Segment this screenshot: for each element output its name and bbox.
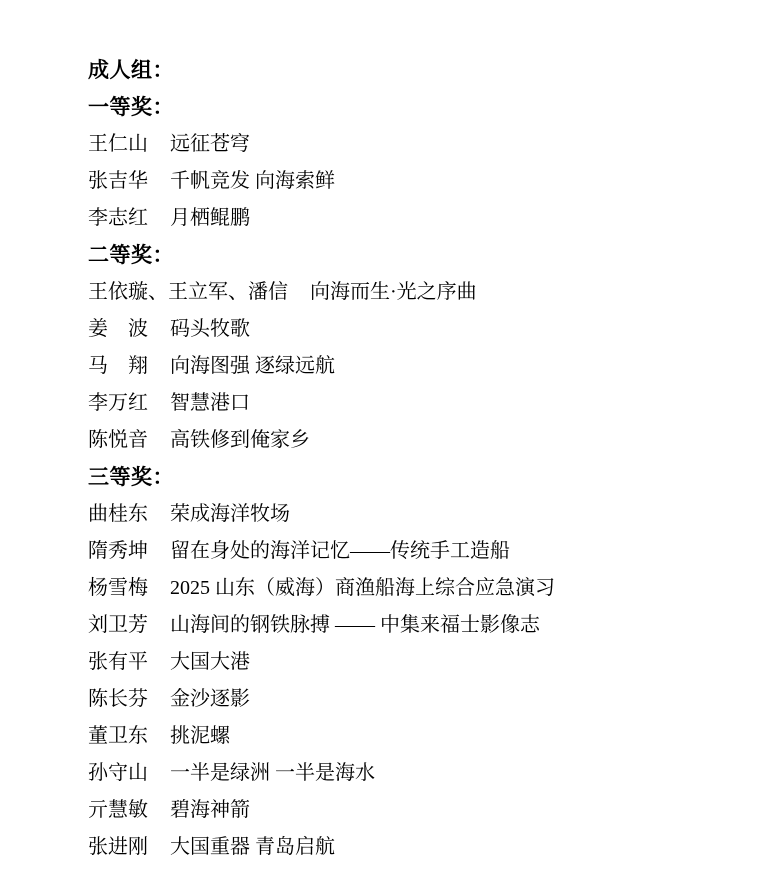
entry-name: 张有平: [88, 644, 148, 681]
entry-name: 王依璇、王立军、潘信: [88, 274, 288, 311]
entry-name: 曲桂东: [88, 496, 148, 533]
entry-row: 马 翔向海图强 逐绿远航: [88, 348, 725, 385]
entry-title: 荣成海洋牧场: [170, 496, 290, 533]
entry-title: 码头牧歌: [170, 311, 250, 348]
entry-row: 曲桂东荣成海洋牧场: [88, 496, 725, 533]
section-heading-second-prize: 二等奖：: [88, 237, 725, 274]
entry-title: 2025 山东（威海）商渔船海上综合应急演习: [170, 570, 555, 607]
entry-row: 张吉华千帆竞发 向海索鲜: [88, 163, 725, 200]
entry-row: 李万红智慧港口: [88, 385, 725, 422]
entry-title: 千帆竞发 向海索鲜: [170, 163, 335, 200]
entry-title: 月栖鲲鹏: [170, 200, 250, 237]
entry-title: 一半是绿洲 一半是海水: [170, 755, 375, 792]
entry-row: 张进刚大国重器 青岛启航: [88, 829, 725, 866]
entry-name: 张进刚: [88, 829, 148, 866]
group-header: 成人组：: [88, 52, 725, 89]
entry-title: 挑泥螺: [170, 718, 230, 755]
awards-document-page: 成人组： 一等奖： 王仁山远征苍穹 张吉华千帆竞发 向海索鲜 李志红月栖鲲鹏 二…: [0, 0, 765, 878]
entry-title: 远征苍穹: [170, 126, 250, 163]
entry-name: 李万红: [88, 385, 148, 422]
entry-row: 亓慧敏碧海神箭: [88, 792, 725, 829]
entry-name: 张吉华: [88, 163, 148, 200]
entry-name: 陈悦音: [88, 422, 148, 459]
entry-row: 刘卫芳山海间的钢铁脉搏 —— 中集来福士影像志: [88, 607, 725, 644]
entry-title: 大国大港: [170, 644, 250, 681]
entry-title: 向海图强 逐绿远航: [170, 348, 335, 385]
entry-name: 孙守山: [88, 755, 148, 792]
entry-name: 姜 波: [88, 311, 148, 348]
entry-name: 马 翔: [88, 348, 148, 385]
entry-title: 向海而生·光之序曲: [310, 274, 477, 311]
entry-row: 孙守山一半是绿洲 一半是海水: [88, 755, 725, 792]
entry-row: 李志红月栖鲲鹏: [88, 200, 725, 237]
entry-title: 高铁修到俺家乡: [170, 422, 310, 459]
entry-title: 留在身处的海洋记忆——传统手工造船: [170, 533, 510, 570]
entry-row: 张有平大国大港: [88, 644, 725, 681]
entry-title: 山海间的钢铁脉搏 —— 中集来福士影像志: [170, 607, 540, 644]
section-heading-first-prize: 一等奖：: [88, 89, 725, 126]
entry-row: 杨雪梅2025 山东（威海）商渔船海上综合应急演习: [88, 570, 725, 607]
entry-name: 隋秀坤: [88, 533, 148, 570]
entry-title: 智慧港口: [170, 385, 250, 422]
entry-row: 姜 波码头牧歌: [88, 311, 725, 348]
entry-title: 金沙逐影: [170, 681, 250, 718]
entry-row: 隋秀坤留在身处的海洋记忆——传统手工造船: [88, 533, 725, 570]
entry-name: 陈长芬: [88, 681, 148, 718]
entry-title: 碧海神箭: [170, 792, 250, 829]
entry-name: 李志红: [88, 200, 148, 237]
entry-row: 王依璇、王立军、潘信向海而生·光之序曲: [88, 274, 725, 311]
entry-row: 陈悦音高铁修到俺家乡: [88, 422, 725, 459]
entry-name: 王仁山: [88, 126, 148, 163]
entry-name: 刘卫芳: [88, 607, 148, 644]
entry-name: 杨雪梅: [88, 570, 148, 607]
entry-row: 王仁山远征苍穹: [88, 126, 725, 163]
entry-name: 董卫东: [88, 718, 148, 755]
entry-title: 大国重器 青岛启航: [170, 829, 335, 866]
entry-name: 亓慧敏: [88, 792, 148, 829]
section-heading-third-prize: 三等奖：: [88, 459, 725, 496]
entry-row: 陈长芬金沙逐影: [88, 681, 725, 718]
entry-row: 董卫东挑泥螺: [88, 718, 725, 755]
